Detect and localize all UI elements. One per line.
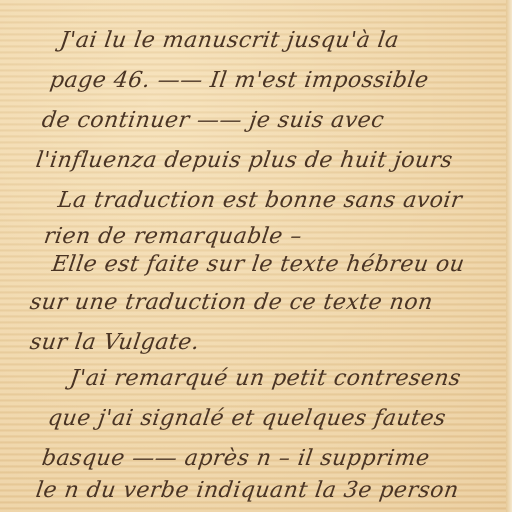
manuscript-line-11: que j'ai signalé et quelques fautes <box>46 406 447 431</box>
manuscript-line-13: le n du verbe indiquant la 3e person <box>34 478 460 503</box>
manuscript-line-2: page 46. —— Il m'est impossible <box>48 68 430 93</box>
manuscript-line-10: J'ai remarqué un petit contresens <box>68 366 462 391</box>
manuscript-line-6: rien de remarquable – <box>42 224 303 249</box>
manuscript-line-3: de continuer —— je suis avec <box>40 108 386 133</box>
manuscript-line-9: sur la Vulgate. <box>28 330 201 355</box>
manuscript-line-5: La traduction est bonne sans avoir <box>56 188 464 213</box>
manuscript-line-4: l'influenza depuis plus de huit jours <box>34 148 454 173</box>
manuscript-line-8: sur une traduction de ce texte non <box>28 290 434 315</box>
manuscript-line-7: Elle est faite sur le texte hébreu ou <box>50 252 466 277</box>
manuscript-line-1: J'ai lu le manuscrit jusqu'à la <box>58 28 400 53</box>
page-edge <box>506 0 512 512</box>
manuscript-line-12: basque —— après n – il supprime <box>40 446 431 471</box>
